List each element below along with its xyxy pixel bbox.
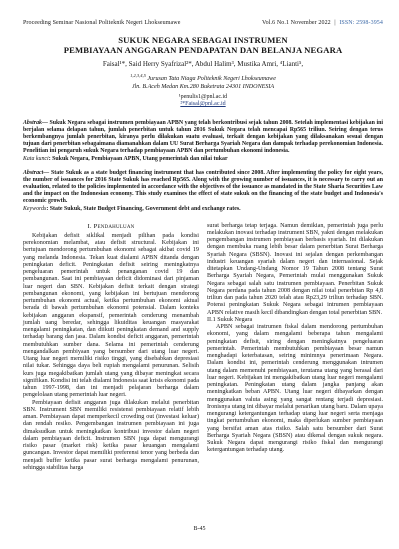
paper-title-line2: PEMBIAYAAN ANGGARAN PENDAPATAN DAN BELAN… <box>23 45 383 55</box>
left-column: I. Pendahuluan Kebijakan defisit siklika… <box>23 223 199 473</box>
keywords-indonesian: Kata kunci: Sukuk Negara, Pembiayaan APB… <box>23 156 383 163</box>
issn-number: ISSN: 2598-3954 <box>339 20 383 26</box>
body-paragraph: APBN sebagai instrumen fiskal dalam mend… <box>207 324 383 455</box>
abstract-id-label: Abstrak— <box>23 120 48 126</box>
section-heading-introduction: I. Pendahuluan <box>23 223 199 230</box>
volume-info: Vol.6 No.1 November 2022 <box>262 20 331 26</box>
paper-title-line1: SUKUK NEGARA SEBAGAI INSTRUMEN <box>23 35 383 45</box>
header-separator: | <box>334 20 335 26</box>
author-email-1: ¹penulis1@pnl.ac.id <box>23 94 383 102</box>
affiliation: 1,2,3,4,5 Jurusan Tata Niaga Politeknik … <box>23 72 383 91</box>
affiliation-line1: 1,2,3,4,5 Jurusan Tata Niaga Politeknik … <box>23 72 383 84</box>
body-paragraph: Pembiayaan defisit anggaran juga dilakuk… <box>23 400 199 473</box>
affiliation-address: Jln. B.Aceh Medan Km.280 Buketrata 24301… <box>23 84 383 92</box>
keywords-english: Keywords: State Sukuk, State Budget Fina… <box>23 206 383 213</box>
abstract-id-text: Sukuk Negara sebagai instrumen pembiayaa… <box>23 120 383 155</box>
abstract-english: Abstract— State Sukuk as a state budget … <box>23 170 383 206</box>
proceeding-name: Proceeding Seminar Nasional Politeknik N… <box>23 20 181 26</box>
abstract-indonesian-block: Abstrak— Sukuk Negara sebagai instrumen … <box>23 120 383 163</box>
email-block: ¹penulis1@pnl.ac.id ²*Faisal@pnl.ac.id <box>23 94 383 109</box>
right-column: surat berharga tetap terjaga. Namun demi… <box>207 223 383 473</box>
abstract-en-text: State Sukuk as a state budget financing … <box>23 170 383 205</box>
running-head: Proceeding Seminar Nasional Politeknik N… <box>23 20 383 26</box>
abstract-english-block: Abstract— State Sukuk as a state budget … <box>23 170 383 213</box>
affiliation-department: Jurusan Tata Niaga Politeknik Negeri Lho… <box>147 76 276 82</box>
paper-title: SUKUK NEGARA SEBAGAI INSTRUMEN PEMBIAYAA… <box>23 35 383 55</box>
corresponding-email-link[interactable]: ²*Faisal@pnl.ac.id <box>180 101 225 107</box>
body-paragraph: Kebijakan defisit siklikal menjadi pilih… <box>23 233 199 400</box>
body-paragraph: surat berharga tetap terjaga. Namun demi… <box>207 223 383 317</box>
author-list: Faisal¹*, Said Herry Syafrizal²*, Abdul … <box>23 60 383 68</box>
paper-page: Proceeding Seminar Nasional Politeknik N… <box>0 0 399 549</box>
keywords-id-text: : Sukuk Negara, Pembiayaan APBN, Utang p… <box>49 156 228 162</box>
page-number: B-45 <box>0 526 399 532</box>
abstract-en-label: Abstract— <box>23 170 49 176</box>
keywords-en-text: : State Sukuk, State Budget Financing, G… <box>46 206 240 212</box>
affiliation-superscripts: 1,2,3,4,5 <box>130 73 146 78</box>
volume-issn-block: Vol.6 No.1 November 2022 | ISSN: 2598-39… <box>262 20 383 26</box>
keywords-id-label: Kata kunci <box>23 156 49 162</box>
keywords-en-label: Keywords <box>23 206 46 212</box>
abstract-indonesian: Abstrak— Sukuk Negara sebagai instrumen … <box>23 120 383 156</box>
body-columns: I. Pendahuluan Kebijakan defisit siklika… <box>23 223 383 473</box>
